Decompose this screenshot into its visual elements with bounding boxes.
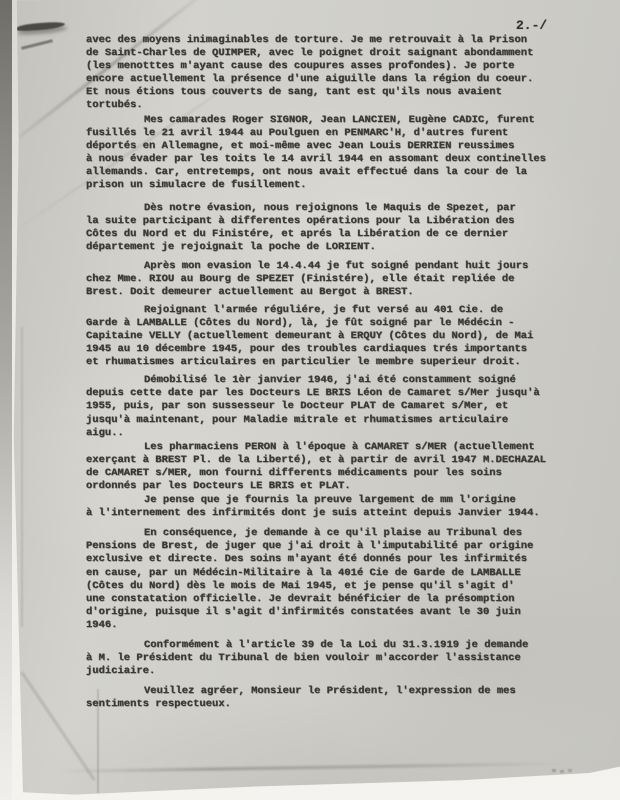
paper-crease <box>57 762 567 773</box>
paragraph-proof-origin: Je pense que je fournis la preuve largem… <box>86 494 588 520</box>
paragraph-pharmacists: Les pharmaciens PERON à l'époque à CAMAR… <box>86 441 588 493</box>
paragraph-closing-salutation: Veuillez agréer, Monsieur le Président, … <box>86 685 588 711</box>
tear-mark <box>21 39 53 50</box>
letter-body: avec des moyens inimaginables de torture… <box>86 34 588 712</box>
tear-mark <box>15 21 65 32</box>
paragraph-tribunal-request: En conséquence, je demande à ce qu'il pl… <box>86 527 588 632</box>
scan-background-edge <box>0 0 12 800</box>
paragraph-regular-army: Rejoignant l'armée réguliére, je fut ver… <box>86 304 588 369</box>
paragraph-demobilized-care: Démobilisé le 1èr janvier 1946, j'ai été… <box>86 374 588 439</box>
paragraph-legal-aid: Conformément à l'article 39 de la Loi du… <box>86 639 588 678</box>
pencil-marks <box>552 769 556 772</box>
paragraph-comrades-executed: Mes camarades Roger SIGNOR, Jean LANCIEN… <box>86 114 588 193</box>
paper-crease <box>21 327 23 627</box>
paragraph-care-after-escape: Après mon evasion le 14.4.44 je fut soig… <box>86 260 588 299</box>
paper-crease <box>21 672 95 781</box>
scanned-letter-page: 2.-/ avec des moyens inimaginables de to… <box>0 0 620 800</box>
page-number: 2.-/ <box>516 18 547 33</box>
paragraph-torture-continuation: avec des moyens inimaginables de torture… <box>86 34 588 113</box>
paragraph-maquis-spezet: Dès notre évasion, nous rejoignons le Ma… <box>86 202 588 254</box>
